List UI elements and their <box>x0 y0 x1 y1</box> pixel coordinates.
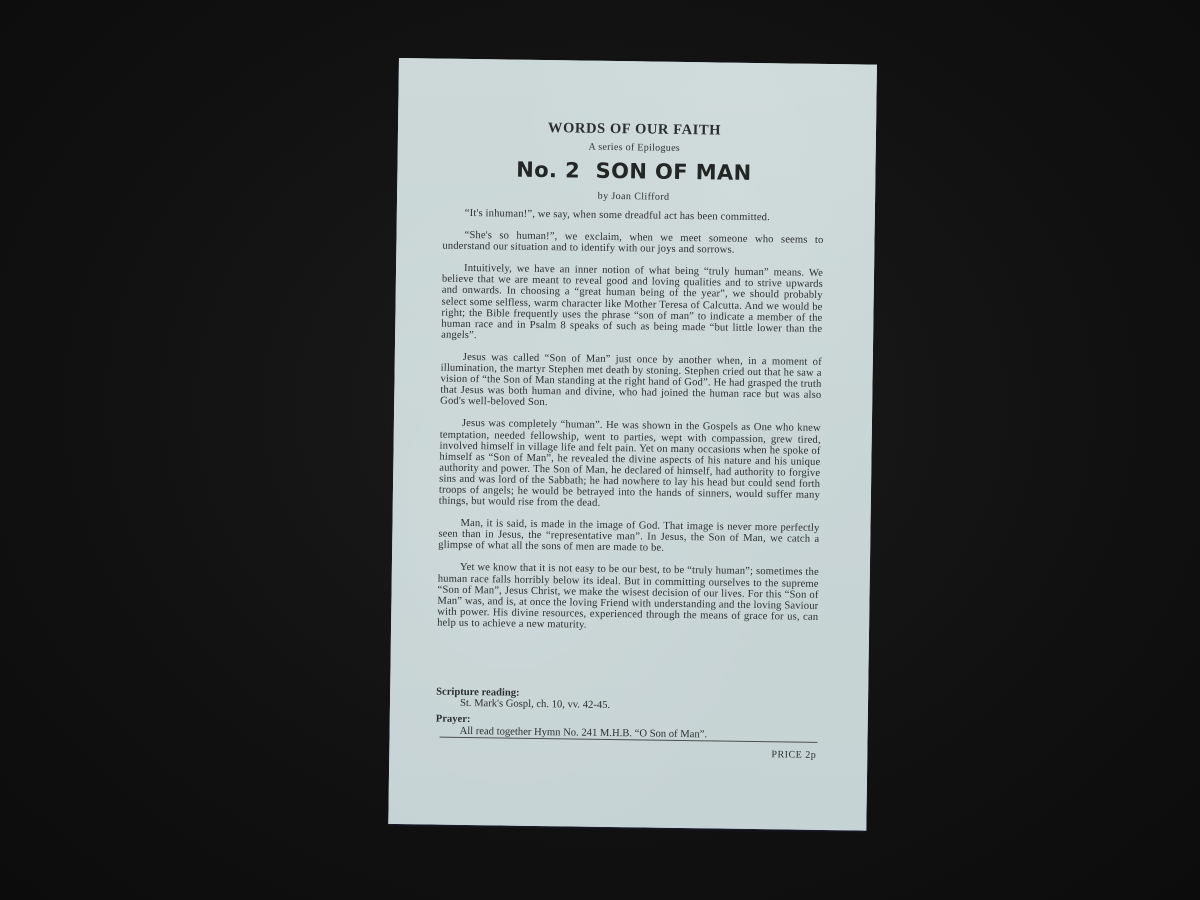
paragraph: Man, it is said, is made in the image of… <box>438 518 819 557</box>
price-label: PRICE 2p <box>771 749 816 761</box>
author-byline: by Joan Clifford <box>443 189 824 205</box>
leaflet-paper: WORDS OF OUR FAITH A series of Epilogues… <box>388 58 877 831</box>
paragraph: Yet we know that it is not easy to be ou… <box>437 562 819 634</box>
leaflet-title: No. 2 SON OF MAN <box>443 157 824 186</box>
paragraph: Intuitively, we have an inner notion of … <box>441 263 823 346</box>
leaflet-content: WORDS OF OUR FAITH A series of Epilogues… <box>445 59 826 64</box>
paragraph: Jesus was completely “human”. He was sho… <box>439 418 821 512</box>
body-text: “It's inhuman!”, we say, when some dread… <box>437 208 824 645</box>
series-title: WORDS OF OUR FAITH <box>444 119 825 141</box>
paragraph: Jesus was called “Son of Man” just once … <box>440 352 822 413</box>
series-subtitle: A series of Epilogues <box>444 140 825 156</box>
paragraph: “She's so human!”, we exclaim, when we m… <box>442 230 823 258</box>
paragraph: “It's inhuman!”, we say, when some dread… <box>443 208 824 224</box>
